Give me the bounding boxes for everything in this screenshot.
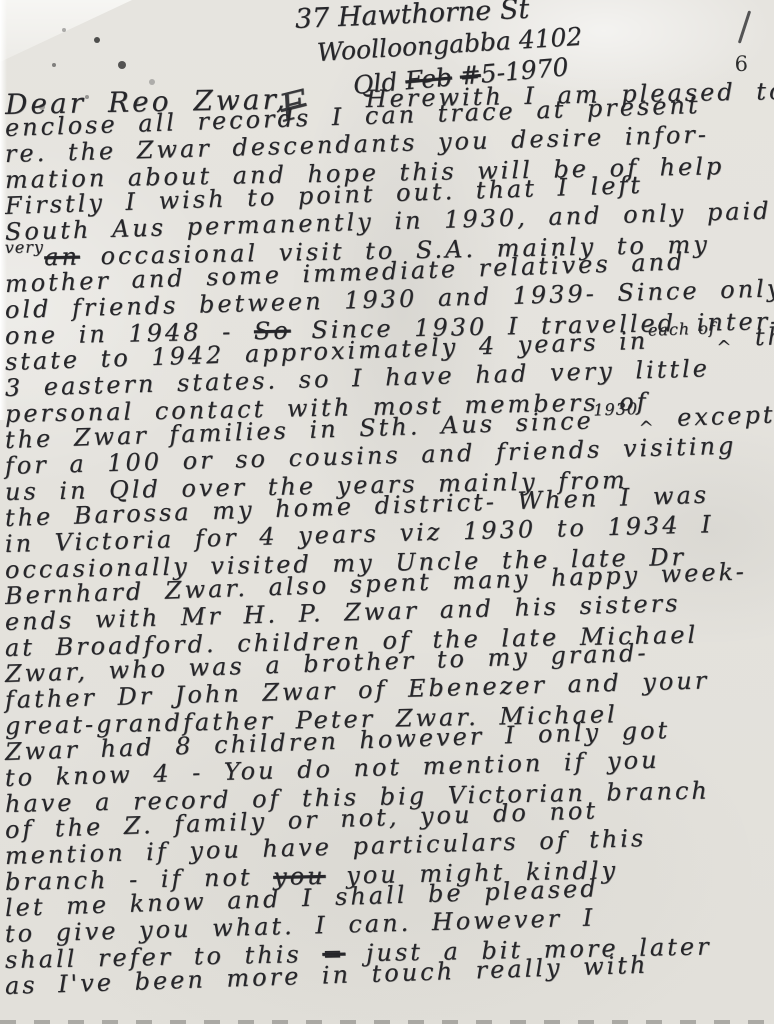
letter-body: Dear Reo Zwar,Herewith I am pleased toen…	[5, 88, 774, 998]
inserted-text: 1930	[593, 399, 638, 419]
scanned-letter-page: 37 Hawthorne St Woolloongabba 4102 Qld F…	[0, 0, 774, 1024]
paper-fold-corner	[0, 0, 132, 62]
inserted-text: very	[5, 237, 45, 257]
scan-bottom-edge	[0, 1020, 774, 1024]
pen-stroke-mark	[738, 10, 751, 43]
ink-speckles	[0, 0, 4, 4]
inserted-text: each of	[648, 318, 717, 339]
text-segment: except	[656, 400, 774, 432]
text-segment: the	[734, 322, 774, 352]
page-number: 6	[735, 52, 748, 76]
